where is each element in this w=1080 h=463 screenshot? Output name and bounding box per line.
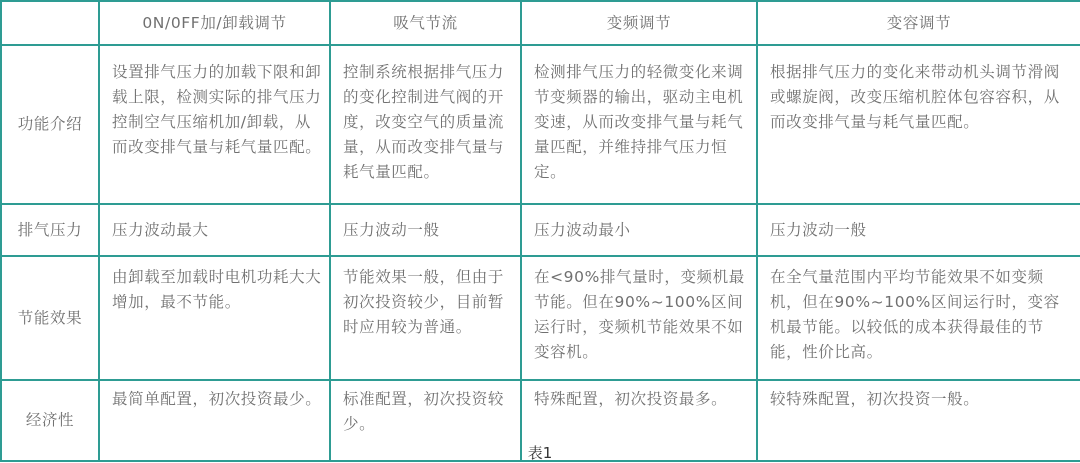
- table-cell: 在<90%排气量时，变频机最节能。但在90%~100%区间运行时，变频机节能效果…: [521, 256, 757, 380]
- header-row: 0N/0FF加/卸载调节 吸气节流 变频调节 变容调节: [1, 1, 1080, 45]
- table-row: 功能介绍 设置排气压力的加载下限和卸载上限，检测实际的排气压力控制空气压缩机加/…: [1, 45, 1080, 204]
- row-header-energy-saving: 节能效果: [1, 256, 99, 380]
- column-header-vfd: 变频调节: [521, 1, 757, 45]
- table-cell: 控制系统根据排气压力的变化控制进气阀的开度，改变空气的质量流量，从而改变排气量与…: [330, 45, 521, 204]
- column-header-variable-capacity: 变容调节: [757, 1, 1080, 45]
- comparison-table: 0N/0FF加/卸载调节 吸气节流 变频调节 变容调节 功能介绍 设置排气压力的…: [0, 0, 1080, 462]
- table-cell: 压力波动一般: [757, 204, 1080, 256]
- table-cell: 在全气量范围内平均节能效果不如变频机，但在90%~100%区间运行时，变容机最节…: [757, 256, 1080, 380]
- table-cell: 压力波动最小: [521, 204, 757, 256]
- table-cell: 由卸载至加载时电机功耗大大增加，最不节能。: [99, 256, 330, 380]
- table-cell: 压力波动最大: [99, 204, 330, 256]
- table-cell: 压力波动一般: [330, 204, 521, 256]
- table-caption: 表1: [0, 442, 1080, 463]
- table-cell: 设置排气压力的加载下限和卸载上限，检测实际的排气压力控制空气压缩机加/卸载，从而…: [99, 45, 330, 204]
- table-cell: 检测排气压力的轻微变化来调节变频器的输出，驱动主电机变速，从而改变排气量与耗气量…: [521, 45, 757, 204]
- column-header-throttle: 吸气节流: [330, 1, 521, 45]
- table-row: 节能效果 由卸载至加载时电机功耗大大增加，最不节能。 节能效果一般，但由于初次投…: [1, 256, 1080, 380]
- table-cell: 节能效果一般，但由于初次投资较少，目前暂时应用较为普通。: [330, 256, 521, 380]
- row-header-function: 功能介绍: [1, 45, 99, 204]
- row-header-pressure: 排气压力: [1, 204, 99, 256]
- table-cell: 根据排气压力的变化来带动机头调节滑阀或螺旋阀，改变压缩机腔体包容容积，从而改变排…: [757, 45, 1080, 204]
- corner-cell: [1, 1, 99, 45]
- table-row: 排气压力 压力波动最大 压力波动一般 压力波动最小 压力波动一般: [1, 204, 1080, 256]
- column-header-onoff: 0N/0FF加/卸载调节: [99, 1, 330, 45]
